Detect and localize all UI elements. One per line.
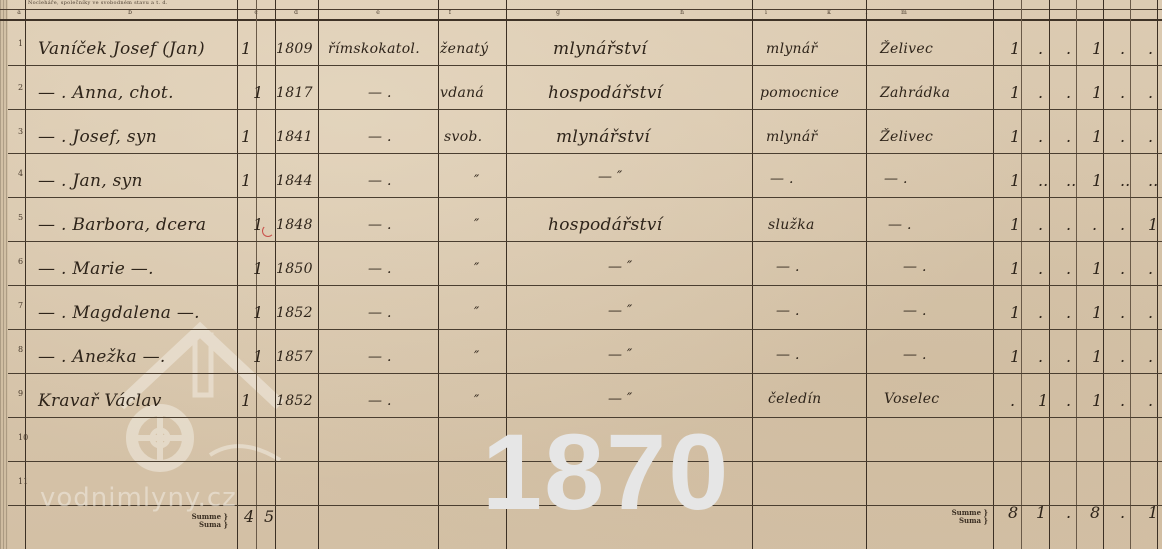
col-m1: . — [1120, 303, 1125, 322]
table-row: 6 — . Marie —. 1 1850 — . ″ — ″ — . — . … — [8, 241, 1162, 286]
col-letter-e: e — [318, 9, 438, 16]
occupation: — ″ — [608, 259, 633, 275]
birth-year: 1817 — [276, 85, 313, 101]
col-k2: . — [1038, 83, 1043, 102]
table-row: 5 — . Barbora, dcera 1 1848 — . ″ hospod… — [8, 197, 1162, 242]
col-m2: . — [1148, 39, 1153, 58]
occupation: mlynářství — [553, 39, 647, 59]
col-k2: . — [1038, 39, 1043, 58]
birth-year: 1852 — [276, 305, 313, 321]
col-m2: . — [1148, 127, 1153, 146]
marital-status: ″ — [474, 349, 480, 365]
col-k2: . — [1038, 215, 1043, 234]
religion: — . — [368, 85, 392, 101]
birthplace: — . — [903, 347, 927, 363]
total-l2: 8 — [1090, 503, 1100, 522]
col-m2: 1 — [1148, 215, 1158, 234]
religion: římskokatol. — [328, 41, 420, 57]
totals-label: Summe } Suma } — [178, 513, 228, 529]
religion: — . — [368, 217, 392, 233]
col-k1: 1 — [1010, 39, 1020, 58]
total-k1: 8 — [1008, 503, 1018, 522]
birthplace: Želivec — [880, 129, 933, 145]
col-m2: . — [1148, 303, 1153, 322]
col-m2: . — [1148, 391, 1153, 410]
col-l1: . — [1066, 391, 1071, 410]
totals-label-cz: Suma — [959, 516, 981, 525]
position: mlynář — [766, 129, 818, 145]
col-letter-k: k — [810, 9, 848, 16]
religion: — . — [368, 129, 392, 145]
year-overlay: 1870 — [482, 418, 730, 526]
col-m1: . — [1120, 259, 1125, 278]
birthplace: — . — [884, 171, 908, 187]
position: mlynář — [766, 41, 818, 57]
col-letter-f: f — [426, 9, 474, 16]
col-l2: 1 — [1092, 303, 1102, 322]
occupation: — ″ — [598, 169, 623, 185]
birth-year: 1852 — [276, 393, 313, 409]
position: služka — [768, 217, 815, 233]
position: — . — [770, 171, 794, 187]
col-l2: 1 — [1092, 83, 1102, 102]
female-count: 1 — [253, 347, 263, 366]
col-k1: 1 — [1010, 83, 1020, 102]
marital-status: vdaná — [440, 85, 484, 101]
birthplace: Voselec — [884, 391, 939, 407]
col-k2: 1 — [1038, 391, 1048, 410]
col-l2: 1 — [1092, 127, 1102, 146]
col-l2: 1 — [1092, 171, 1102, 190]
col-m1: . — [1120, 127, 1125, 146]
col-letter-d: d — [275, 9, 317, 16]
col-l2: 1 — [1092, 259, 1102, 278]
row-number: 1 — [18, 39, 23, 48]
row-number: 11 — [18, 477, 28, 486]
row-number: 10 — [18, 433, 28, 442]
column-letter-row: a b c d e f g h i k l m — [0, 9, 1162, 21]
person-name: — . Josef, syn — [38, 127, 157, 147]
birth-year: 1848 — [276, 217, 313, 233]
col-m1: .. — [1120, 171, 1130, 190]
col-l1: . — [1066, 39, 1071, 58]
person-name: — . Magdalena —. — [38, 303, 200, 323]
total-k2: 1 — [1036, 503, 1046, 522]
col-k1: 1 — [1010, 171, 1020, 190]
col-l2: 1 — [1092, 347, 1102, 366]
watermark-text: vodnimlyny.cz — [40, 483, 237, 513]
col-l1: .. — [1066, 171, 1076, 190]
table-row: 3 — . Josef, syn 1 1841 — . svob. mlynář… — [8, 109, 1162, 154]
total-male: 4 — [244, 507, 254, 526]
religion: — . — [368, 349, 392, 365]
person-name: Kravař Václav — [38, 391, 162, 411]
row-number: 5 — [18, 213, 23, 222]
binding-edge — [0, 0, 8, 549]
col-letter-i: i — [722, 9, 810, 16]
male-count: 1 — [241, 127, 251, 146]
occupation: — ″ — [608, 303, 633, 319]
total-l1: . — [1066, 503, 1071, 522]
person-name: — . Barbora, dcera — [38, 215, 206, 235]
religion: — . — [368, 261, 392, 277]
birth-year: 1857 — [276, 349, 313, 365]
male-count: 1 — [241, 171, 251, 190]
religion: — . — [368, 173, 392, 189]
col-l1: . — [1066, 259, 1071, 278]
row-number: 3 — [18, 127, 23, 136]
col-l1: . — [1066, 215, 1071, 234]
row-number: 7 — [18, 301, 23, 310]
total-female: 5 — [264, 507, 274, 526]
col-letter-m: m — [885, 9, 923, 16]
col-l2: 1 — [1092, 391, 1102, 410]
person-name: — . Anežka —. — [38, 347, 166, 367]
occupation: hospodářství — [548, 83, 662, 103]
col-k1: 1 — [1010, 303, 1020, 322]
col-m1: . — [1120, 215, 1125, 234]
col-l2: . — [1092, 215, 1097, 234]
position: pomocnice — [760, 85, 839, 101]
col-m2: .. — [1148, 171, 1158, 190]
row-number: 9 — [18, 389, 23, 398]
totals-label-right: Summe } Suma } — [938, 509, 988, 525]
person-name: — . Jan, syn — [38, 171, 143, 191]
birth-year: 1841 — [276, 129, 313, 145]
col-m1: . — [1120, 39, 1125, 58]
row-number: 8 — [18, 345, 23, 354]
marital-status: ženatý — [440, 41, 488, 57]
col-l1: . — [1066, 83, 1071, 102]
table-row: 1 Vaníček Josef (Jan) 1 1809 římskokatol… — [8, 21, 1162, 66]
position: čeledín — [768, 391, 821, 407]
religion: — . — [368, 393, 392, 409]
position: — . — [776, 303, 800, 319]
col-l1: . — [1066, 347, 1071, 366]
header-caption: Nocleháře, společníky ve svobodném stavu… — [28, 0, 168, 6]
col-m2: . — [1148, 259, 1153, 278]
birth-year: 1850 — [276, 261, 313, 277]
col-l1: . — [1066, 303, 1071, 322]
occupation: — ″ — [608, 391, 633, 407]
col-l1: . — [1066, 127, 1071, 146]
marital-status: ″ — [474, 305, 480, 321]
col-k1: 1 — [1010, 259, 1020, 278]
col-letter-h: h — [642, 9, 722, 16]
birthplace: — . — [903, 259, 927, 275]
total-m2: 1 — [1148, 503, 1158, 522]
occupation: — ″ — [608, 347, 633, 363]
row-number: 6 — [18, 257, 23, 266]
occupation: mlynářství — [556, 127, 650, 147]
birth-year: 1844 — [276, 173, 313, 189]
total-m1: . — [1120, 503, 1125, 522]
col-k2: . — [1038, 303, 1043, 322]
col-m1: . — [1120, 391, 1125, 410]
birth-year: 1809 — [276, 41, 313, 57]
totals-label-cz: Suma — [199, 520, 221, 529]
row-number: 4 — [18, 169, 23, 178]
female-count: 1 — [253, 259, 263, 278]
religion: — . — [368, 305, 392, 321]
col-m2: . — [1148, 347, 1153, 366]
person-name: Vaníček Josef (Jan) — [38, 39, 205, 59]
marital-status: ″ — [474, 261, 480, 277]
table-row: 2 — . Anna, chot. 1 1817 — . vdaná hospo… — [8, 65, 1162, 110]
col-k2: . — [1038, 127, 1043, 146]
position: — . — [776, 347, 800, 363]
col-l2: 1 — [1092, 39, 1102, 58]
col-k1: 1 — [1010, 347, 1020, 366]
red-check-mark — [262, 225, 274, 237]
female-count: 1 — [253, 83, 263, 102]
col-letter-b: b — [120, 9, 140, 16]
position: — . — [776, 259, 800, 275]
marital-status: svob. — [444, 129, 482, 145]
marital-status: ″ — [474, 173, 480, 189]
table-row: 4 — . Jan, syn 1 1844 — . ″ — ″ — . — . … — [8, 153, 1162, 198]
col-letter-g: g — [474, 9, 642, 16]
col-k1: 1 — [1010, 215, 1020, 234]
person-name: — . Marie —. — [38, 259, 154, 279]
birthplace: Želivec — [880, 41, 933, 57]
col-k2: . — [1038, 347, 1043, 366]
col-k2: . — [1038, 259, 1043, 278]
col-m1: . — [1120, 347, 1125, 366]
col-k1: 1 — [1010, 127, 1020, 146]
occupation: hospodářství — [548, 215, 662, 235]
person-name: — . Anna, chot. — [38, 83, 174, 103]
male-count: 1 — [241, 39, 251, 58]
col-k1: . — [1010, 391, 1015, 410]
female-count: 1 — [253, 303, 263, 322]
birthplace: Zahrádka — [880, 85, 950, 101]
table-row: 8 — . Anežka —. 1 1857 — . ″ — ″ — . — .… — [8, 329, 1162, 374]
col-m2: . — [1148, 83, 1153, 102]
birthplace: — . — [903, 303, 927, 319]
col-m1: . — [1120, 83, 1125, 102]
table-row: 7 — . Magdalena —. 1 1852 — . ″ — ″ — . … — [8, 285, 1162, 330]
marital-status: ″ — [474, 393, 480, 409]
col-letter-a: a — [12, 9, 26, 16]
row-number: 2 — [18, 83, 23, 92]
birthplace: — . — [888, 217, 912, 233]
marital-status: ″ — [474, 217, 480, 233]
male-count: 1 — [241, 391, 251, 410]
col-k2: .. — [1038, 171, 1048, 190]
